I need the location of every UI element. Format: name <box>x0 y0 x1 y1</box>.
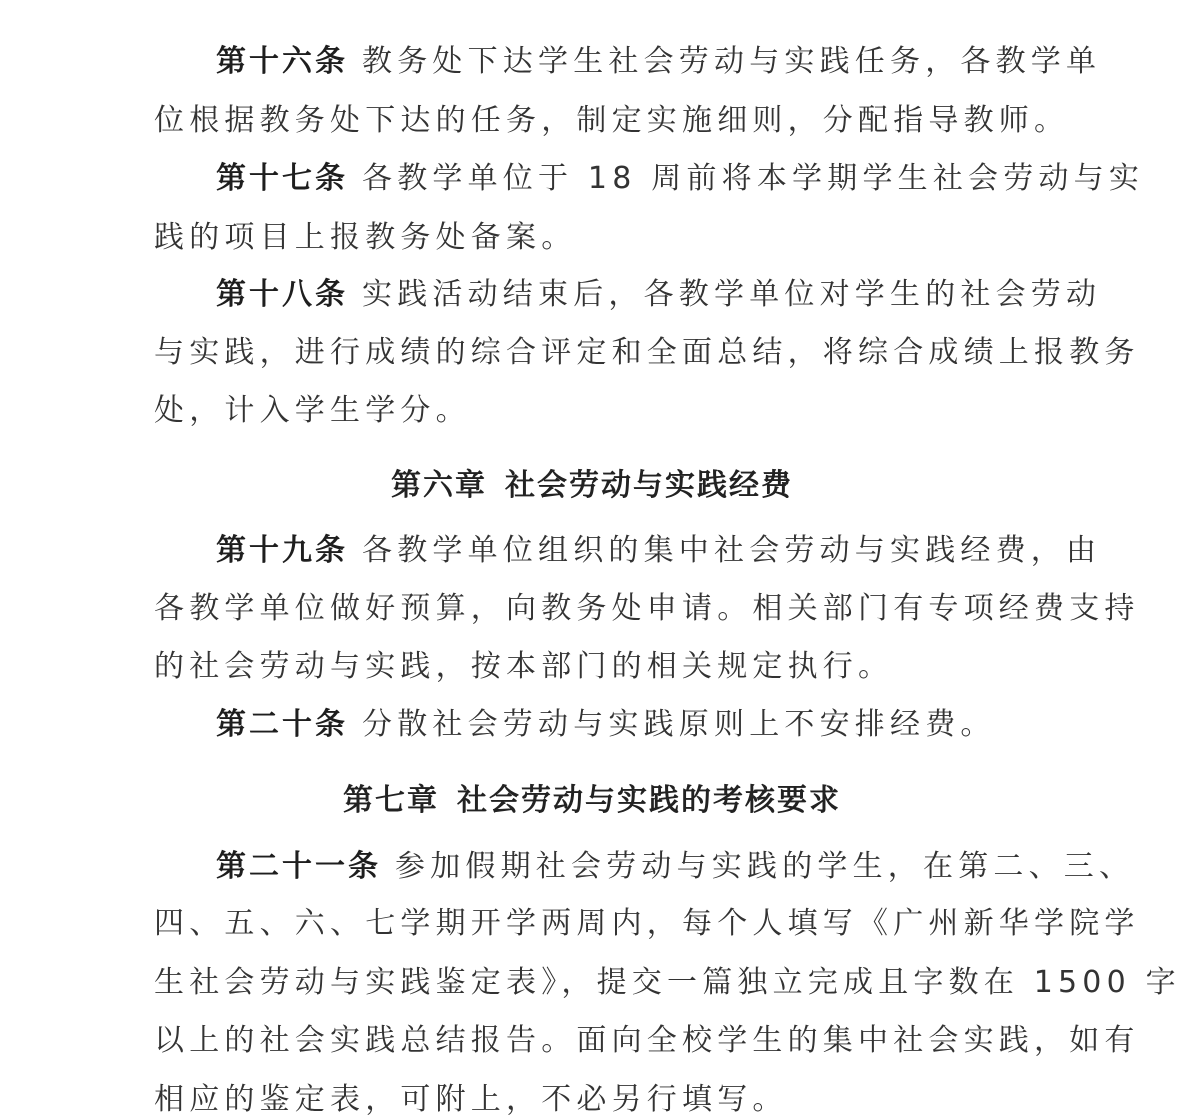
article-label: 第二十一条 <box>216 849 381 884</box>
chapter-number: 第七章 <box>343 783 439 818</box>
article-19-line-1: 第十九条各教学单位组织的集中社会劳动与实践经费，由 <box>216 531 1096 571</box>
article-18-line-1: 第十八条实践活动结束后，各教学单位对学生的社会劳动 <box>216 275 1096 315</box>
article-text: 各教学单位组织的集中社会劳动与实践经费，由 <box>362 533 1101 568</box>
article-text: 参加假期社会劳动与实践的学生，在第二、三、 <box>395 849 1134 884</box>
article-label: 第二十条 <box>216 707 348 742</box>
article-text: 实践活动结束后，各教学单位对学生的社会劳动 <box>362 277 1101 312</box>
article-21-line-1: 第二十一条参加假期社会劳动与实践的学生，在第二、三、 <box>216 847 1096 887</box>
article-17-line-2: 践的项目上报教务处备案。 <box>154 218 1034 258</box>
chapter-title: 社会劳动与实践经费 <box>505 468 793 503</box>
chapter-7-heading: 第七章社会劳动与实践的考核要求 <box>0 781 1184 821</box>
article-17-line-1: 第十七条各教学单位于 18 周前将本学期学生社会劳动与实 <box>216 159 1096 199</box>
chapter-number: 第六章 <box>391 468 487 503</box>
article-19-line-2: 各教学单位做好预算，向教务处申请。相关部门有专项经费支持 <box>154 589 1034 629</box>
article-text: 分散社会劳动与实践原则上不安排经费。 <box>362 707 996 742</box>
article-label: 第十七条 <box>216 161 348 196</box>
article-20-line-1: 第二十条分散社会劳动与实践原则上不安排经费。 <box>216 705 1096 745</box>
article-16-line-1: 第十六条教务处下达学生社会劳动与实践任务，各教学单 <box>216 42 1096 82</box>
article-text: 教务处下达学生社会劳动与实践任务，各教学单 <box>362 44 1101 79</box>
article-21-line-2: 四、五、六、七学期开学两周内，每个人填写《广州新华学院学 <box>154 904 1034 944</box>
chapter-title: 社会劳动与实践的考核要求 <box>457 783 841 818</box>
article-19-line-3: 的社会劳动与实践，按本部门的相关规定执行。 <box>154 647 1034 687</box>
article-label: 第十六条 <box>216 44 348 79</box>
chapter-6-heading: 第六章社会劳动与实践经费 <box>0 466 1184 506</box>
article-21-line-5: 相应的鉴定表，可附上，不必另行填写。 <box>154 1080 1034 1118</box>
article-text: 各教学单位于 18 周前将本学期学生社会劳动与实 <box>362 161 1144 196</box>
article-18-line-3: 处，计入学生学分。 <box>154 391 1034 431</box>
article-21-line-4: 以上的社会实践总结报告。面向全校学生的集中社会实践，如有 <box>154 1021 1034 1061</box>
article-21-line-3: 生社会劳动与实践鉴定表》，提交一篇独立完成且字数在 1500 字 <box>154 963 1034 1003</box>
article-label: 第十八条 <box>216 277 348 312</box>
article-18-line-2: 与实践，进行成绩的综合评定和全面总结，将综合成绩上报教务 <box>154 333 1034 373</box>
article-16-line-2: 位根据教务处下达的任务，制定实施细则，分配指导教师。 <box>154 101 1034 141</box>
article-label: 第十九条 <box>216 533 348 568</box>
